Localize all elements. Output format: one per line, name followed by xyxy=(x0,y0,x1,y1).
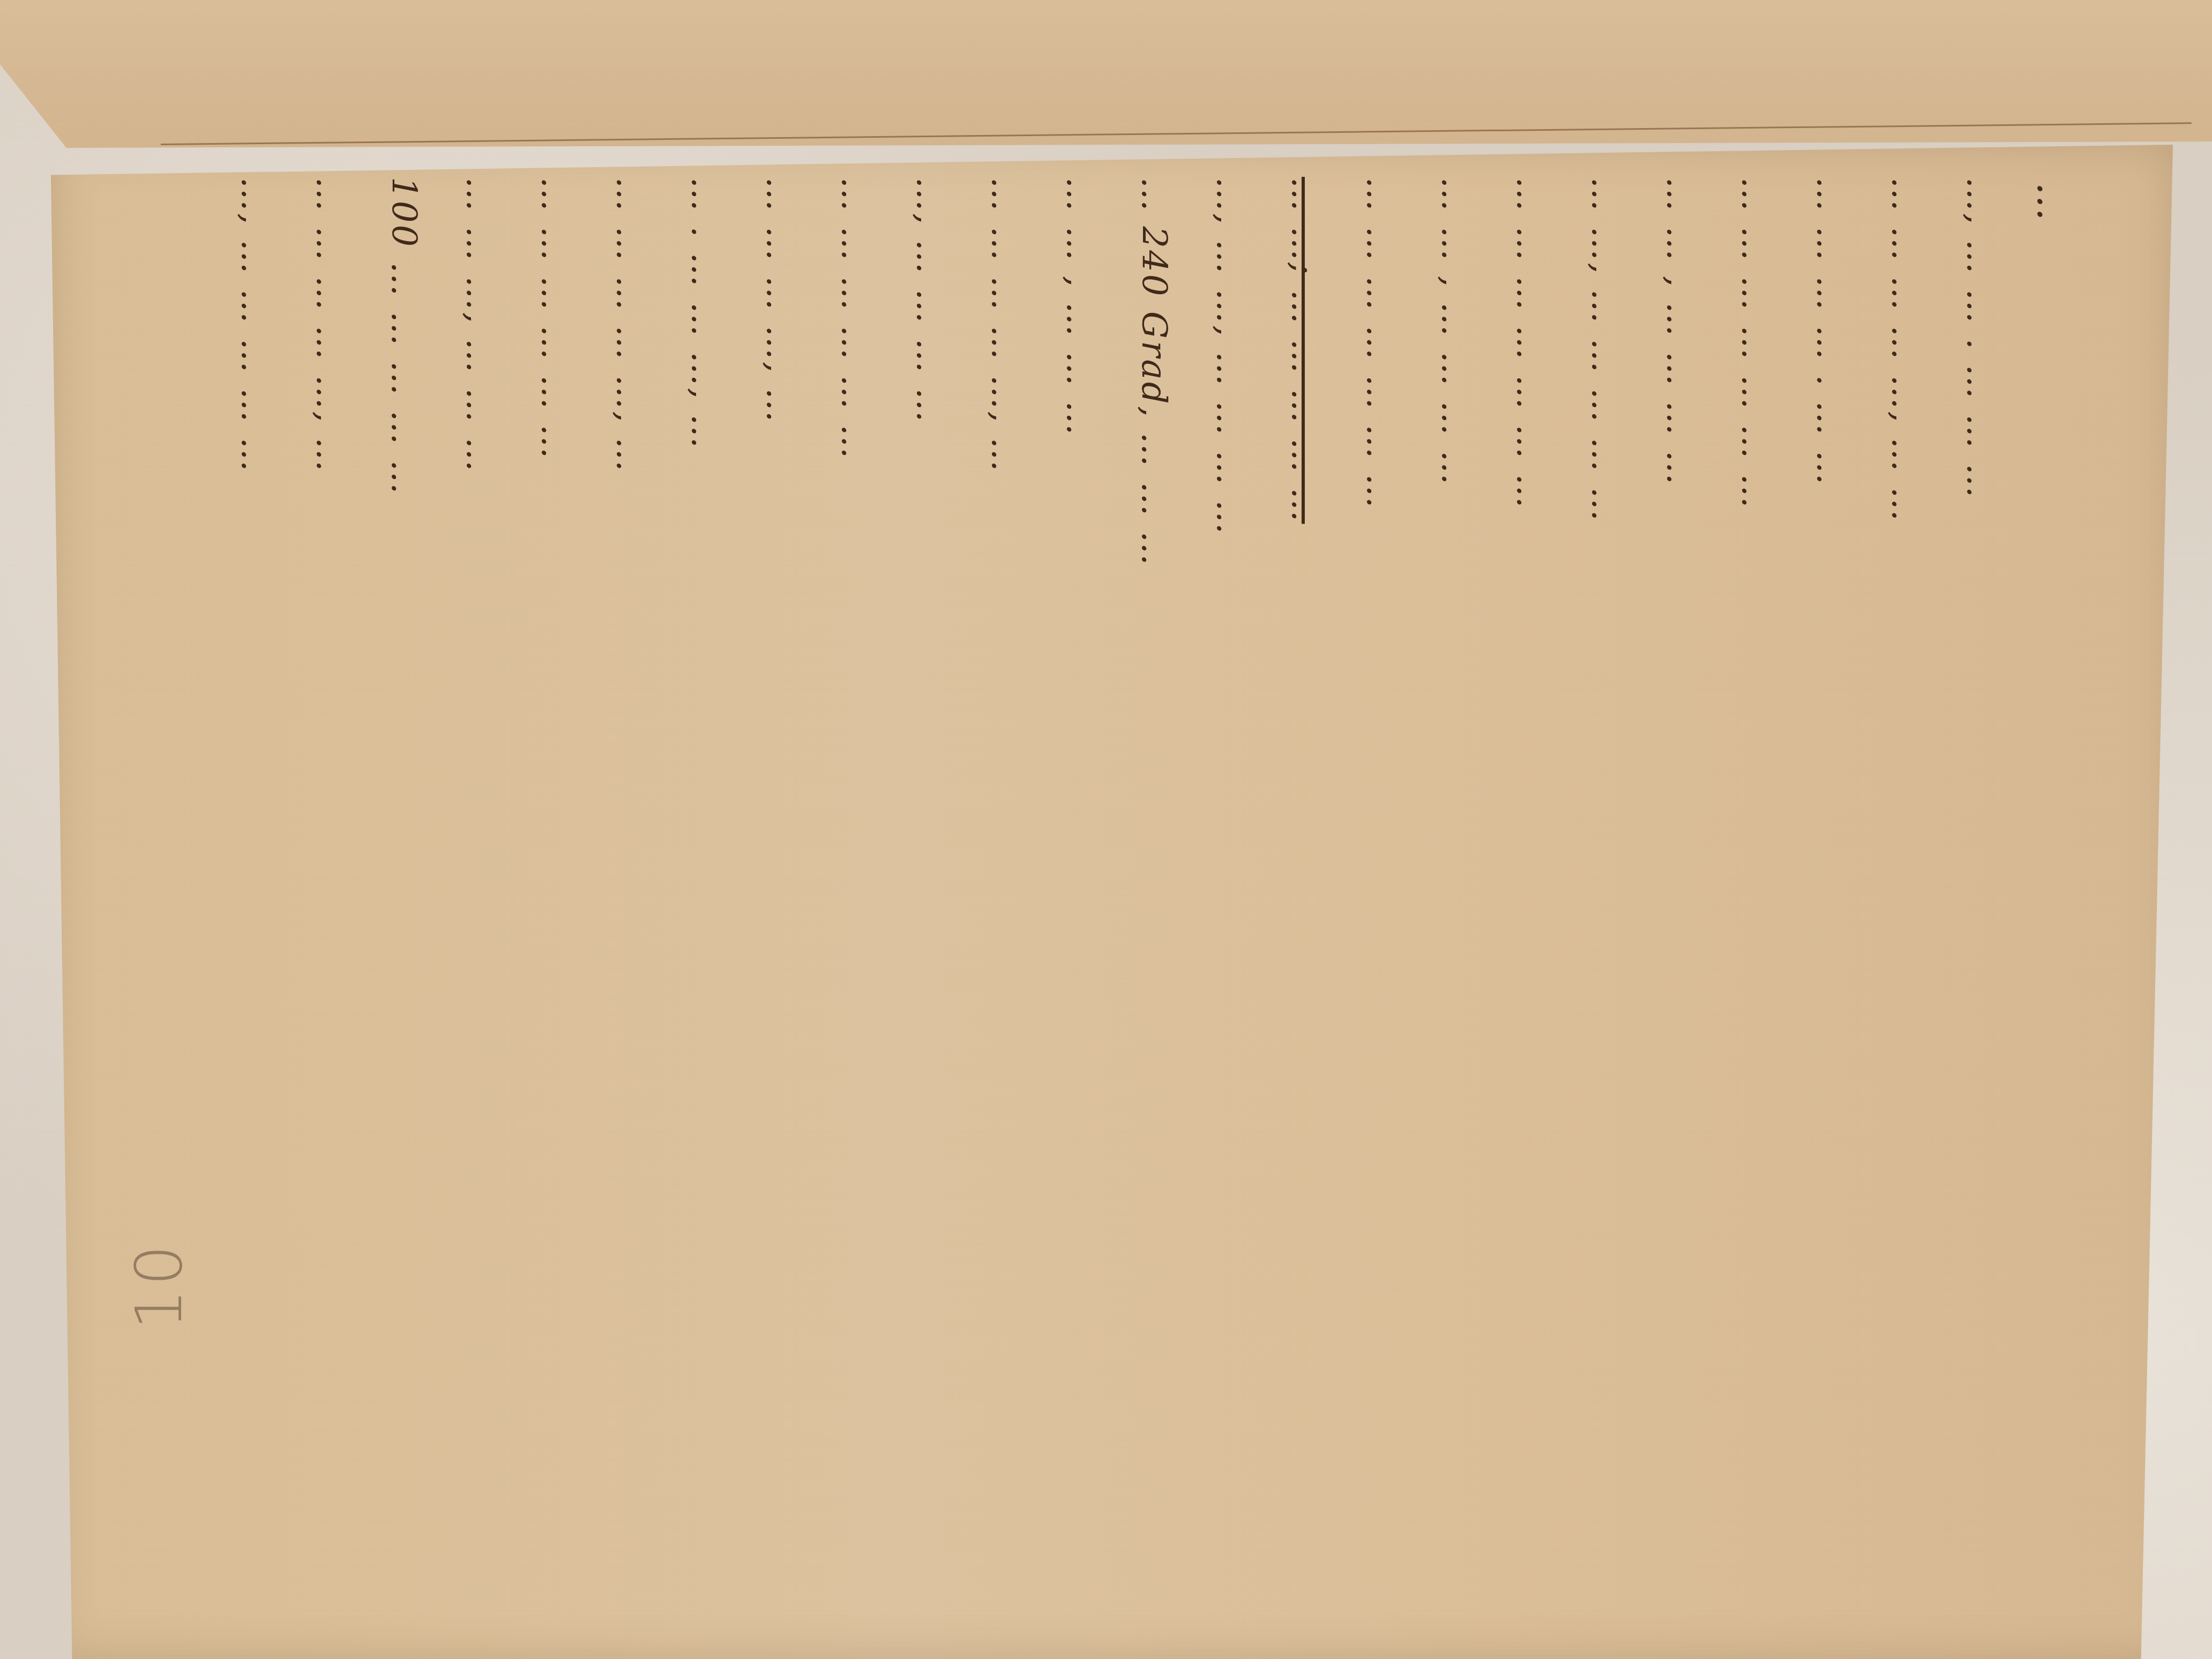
handwritten-line: …, … … . … … … xyxy=(1951,177,1999,1034)
handwritten-line-with-strikeout: … …; … … … … … xyxy=(1275,177,1324,1034)
handwritten-line: … …, … … … … … xyxy=(1575,177,1624,1034)
handwritten-text-block: …, … … . … … … … … … … …, … … … … … … . … xyxy=(177,177,2106,1034)
handwritten-line: 100 … … … … … xyxy=(375,177,423,1034)
handwritten-line: … … … … … … xyxy=(525,177,573,1034)
handwritten-line: … … … … …, … xyxy=(975,177,1023,1034)
handwritten-line: … 240 Grad, … … … xyxy=(1125,177,1174,1034)
handwritten-line: … … … … … … xyxy=(825,177,873,1034)
handwritten-line: … … , … … … … xyxy=(1650,177,1699,1034)
closing-word: … xyxy=(2029,182,2074,221)
handwritten-line: … … … … … … … xyxy=(1725,177,1774,1034)
page-number: 10 xyxy=(122,1242,197,1330)
handwritten-line: … … , … … … … xyxy=(1425,177,1474,1034)
handwritten-line: … . … … …, … xyxy=(675,177,723,1034)
handwritten-line: … … … …, … xyxy=(750,177,798,1034)
handwritten-line: … … … … …, … xyxy=(600,177,648,1034)
handwritten-line: … … … … … … … xyxy=(1350,177,1399,1034)
handwritten-line: … … … … …, … xyxy=(300,177,348,1034)
handwritten-line: … … … … . … … xyxy=(1800,177,1849,1034)
handwritten-line: … … …, … … … xyxy=(450,177,498,1034)
handwritten-line: … … … … …, … … xyxy=(1875,177,1924,1034)
handwritten-line: … … , … … … xyxy=(1050,177,1098,1034)
handwritten-line: … … … … … … … xyxy=(1500,177,1549,1034)
handwritten-line: …, … … … … … xyxy=(225,177,273,1034)
handwritten-line: …, … …, … … … … xyxy=(1200,177,1249,1034)
folded-page-flap xyxy=(0,0,2212,161)
handwritten-line: …, … … … … xyxy=(900,177,948,1034)
